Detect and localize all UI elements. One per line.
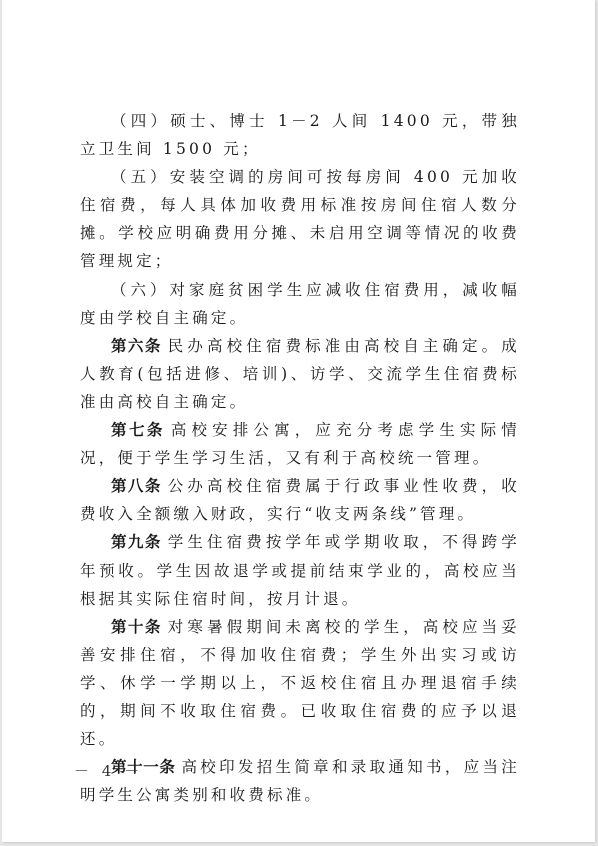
document-body: （四）硕士、博士 1－2 人间 1400 元，带独立卫生间 1500 元； （五… [80, 107, 520, 809]
document-page: （四）硕士、博士 1－2 人间 1400 元，带独立卫生间 1500 元； （五… [2, 0, 595, 842]
article-10: 第十条对寒暑假期间未离校的学生，高校应当妥善安排住宿，不得加收住宿费；学生外出实… [80, 613, 520, 753]
paragraph-text: （五）安装空调的房间可按每房间 400 元加收住宿费，每人具体加收费用标准按房间… [80, 168, 520, 270]
article-heading: 第六条 [111, 337, 162, 355]
paragraph-item-6: （六）对家庭贫困学生应减收住宿费用，减收幅度由学校自主确定。 [80, 276, 520, 332]
article-heading: 第七条 [111, 421, 165, 439]
article-heading: 第八条 [111, 477, 162, 495]
article-7: 第七条高校安排公寓，应充分考虑学生实际情况，便于学生学习生活，又有利于高校统一管… [80, 416, 520, 472]
paragraph-item-5: （五）安装空调的房间可按每房间 400 元加收住宿费，每人具体加收费用标准按房间… [80, 163, 520, 275]
paragraph-text: （四）硕士、博士 1－2 人间 1400 元，带独立卫生间 1500 元； [80, 112, 520, 158]
article-6: 第六条民办高校住宿费标准由高校自主确定。成人教育(包括进修、培训)、访学、交流学… [80, 332, 520, 416]
article-text: 对寒暑假期间未离校的学生，高校应当妥善安排住宿，不得加收住宿费；学生外出实习或访… [80, 618, 520, 748]
paragraph-text: （六）对家庭贫困学生应减收住宿费用，减收幅度由学校自主确定。 [80, 281, 520, 327]
article-8: 第八条公办高校住宿费属于行政事业性收费，收费收入全额缴入财政，实行“收支两条线”… [80, 472, 520, 528]
article-9: 第九条学生住宿费按学年或学期收取，不得跨学年预收。学生因故退学或提前结束学业的，… [80, 528, 520, 612]
article-heading: 第十条 [111, 618, 162, 636]
article-heading: 第九条 [111, 533, 162, 551]
article-11: 第十一条高校印发招生简章和录取通知书，应当注明学生公寓类别和收费标准。 [80, 753, 520, 809]
paragraph-item-4: （四）硕士、博士 1－2 人间 1400 元，带独立卫生间 1500 元； [80, 107, 520, 163]
page-number: － 4 － [74, 760, 143, 781]
